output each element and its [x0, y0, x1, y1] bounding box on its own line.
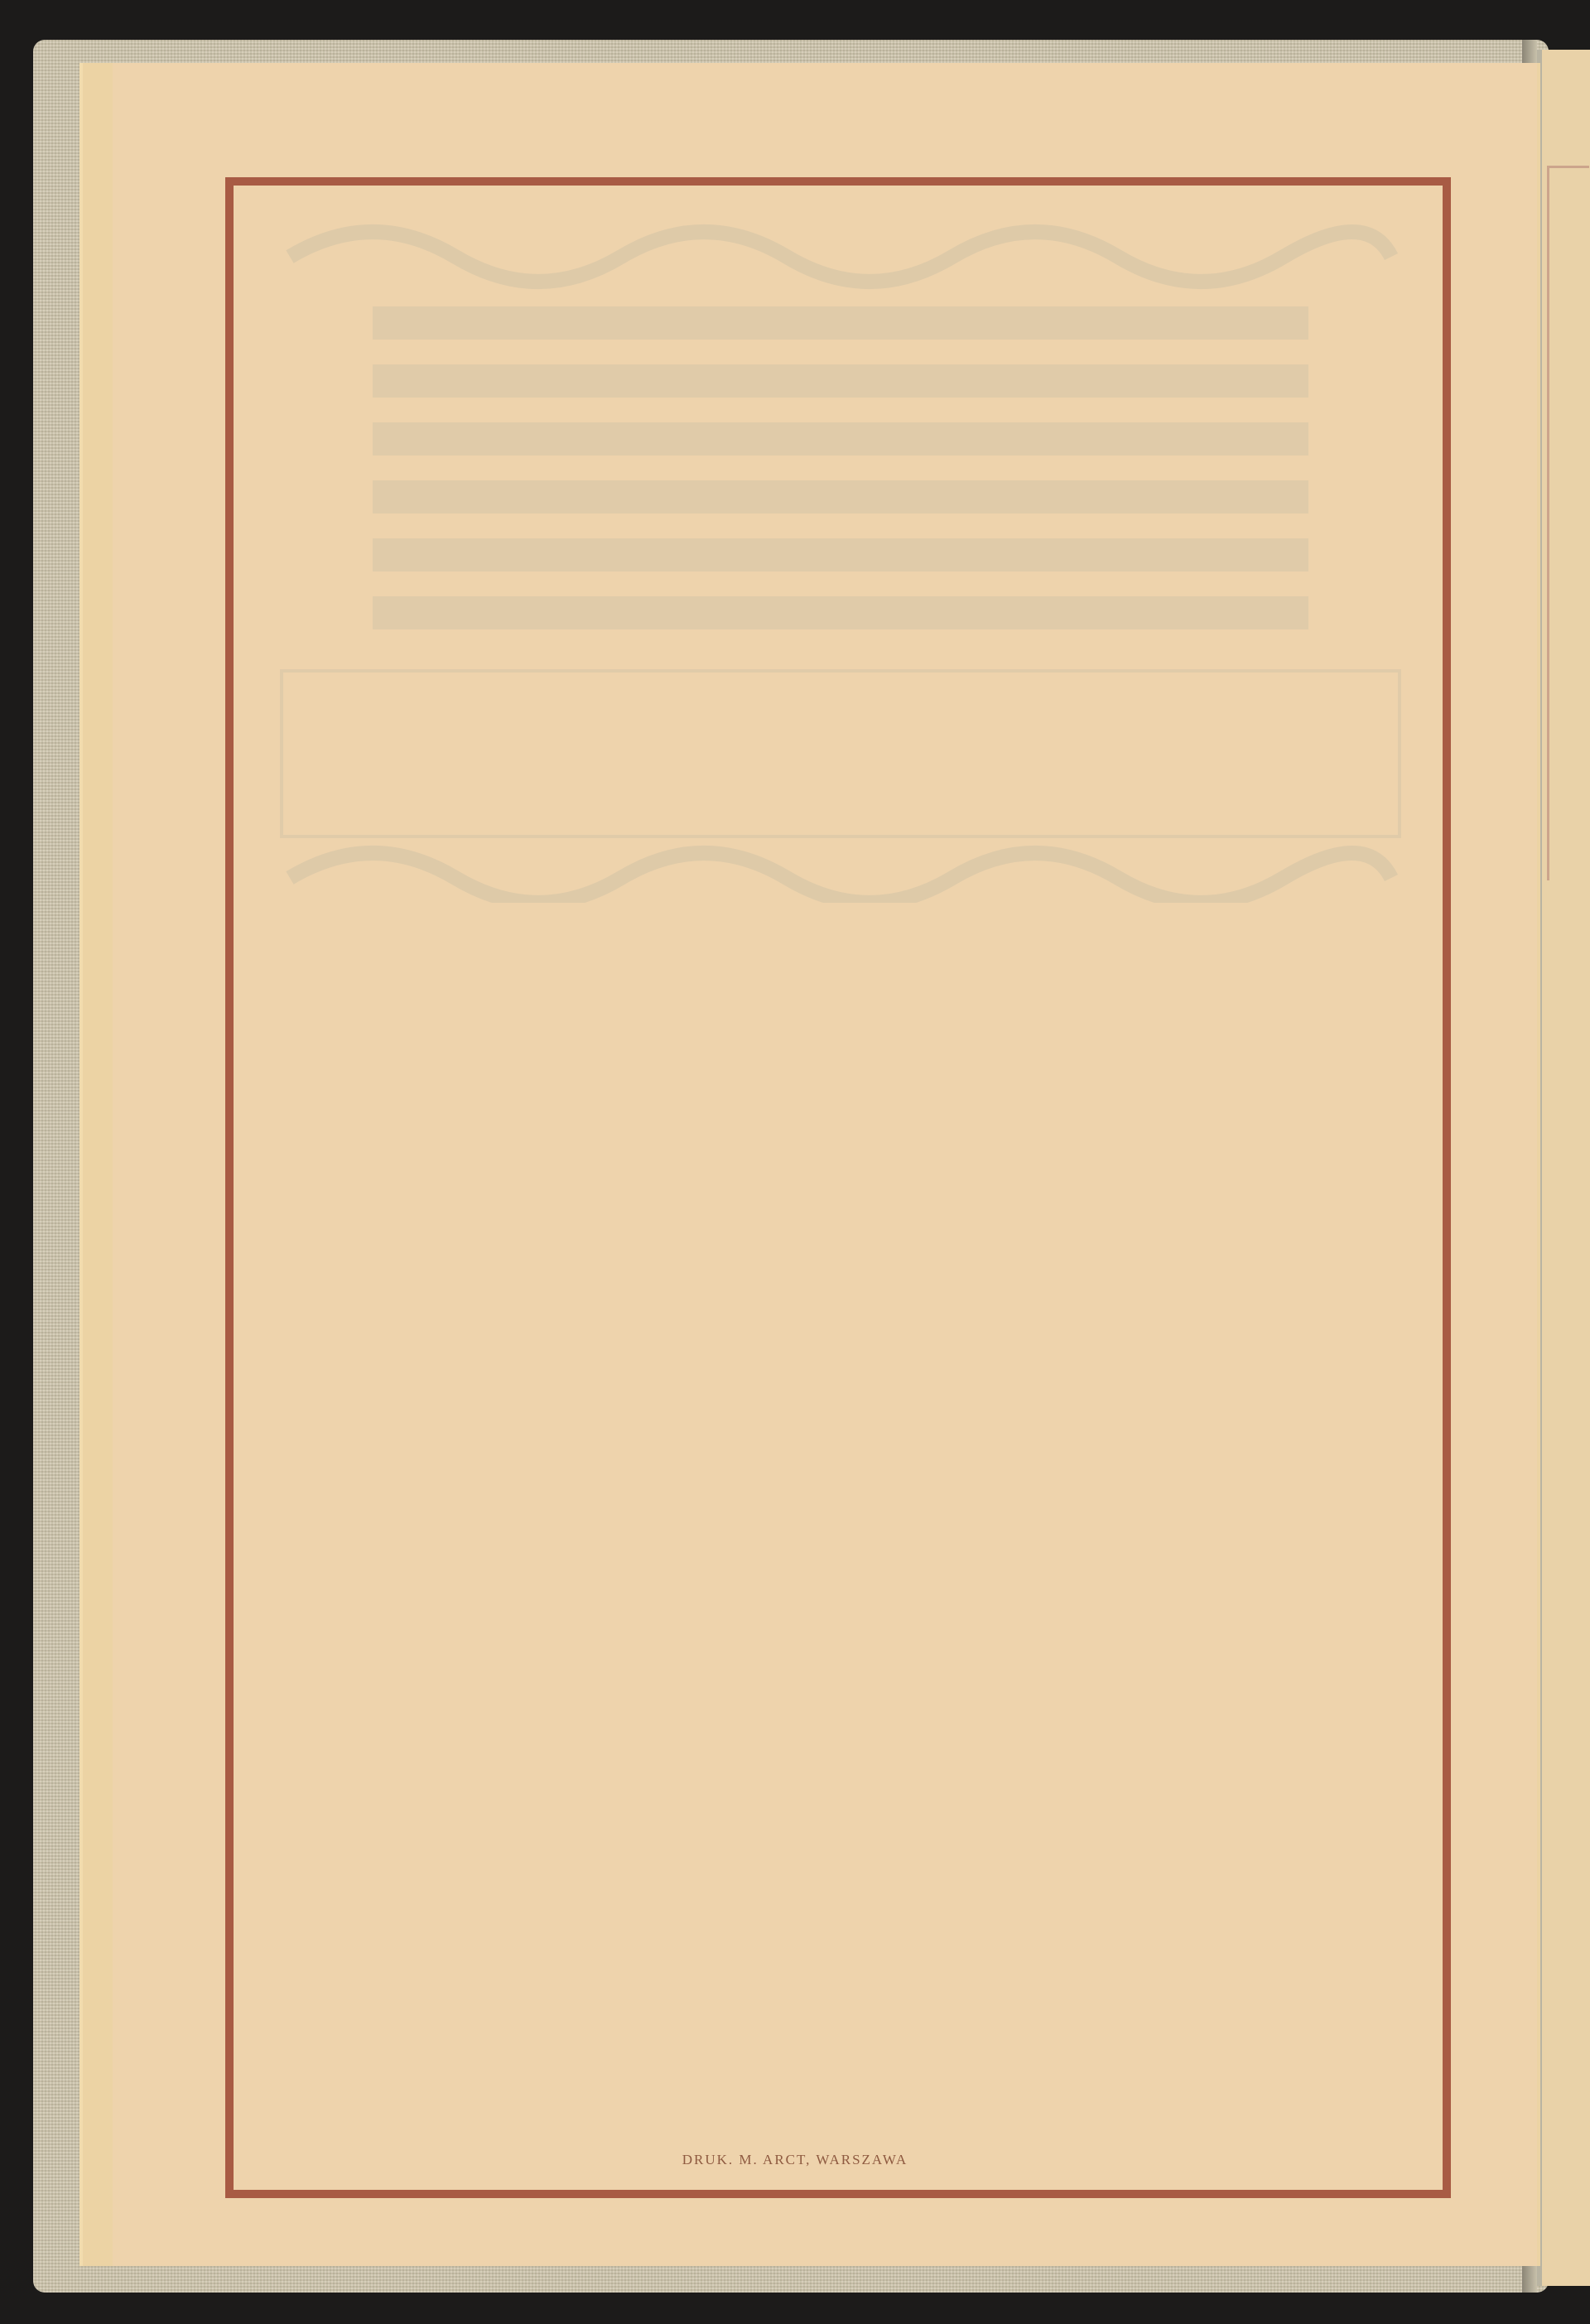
printer-imprint: DRUK. M. ARCT, WARSZAWA [0, 2152, 1590, 2168]
red-border-frame [225, 177, 1451, 2198]
facing-page-ornament [1547, 166, 1589, 880]
